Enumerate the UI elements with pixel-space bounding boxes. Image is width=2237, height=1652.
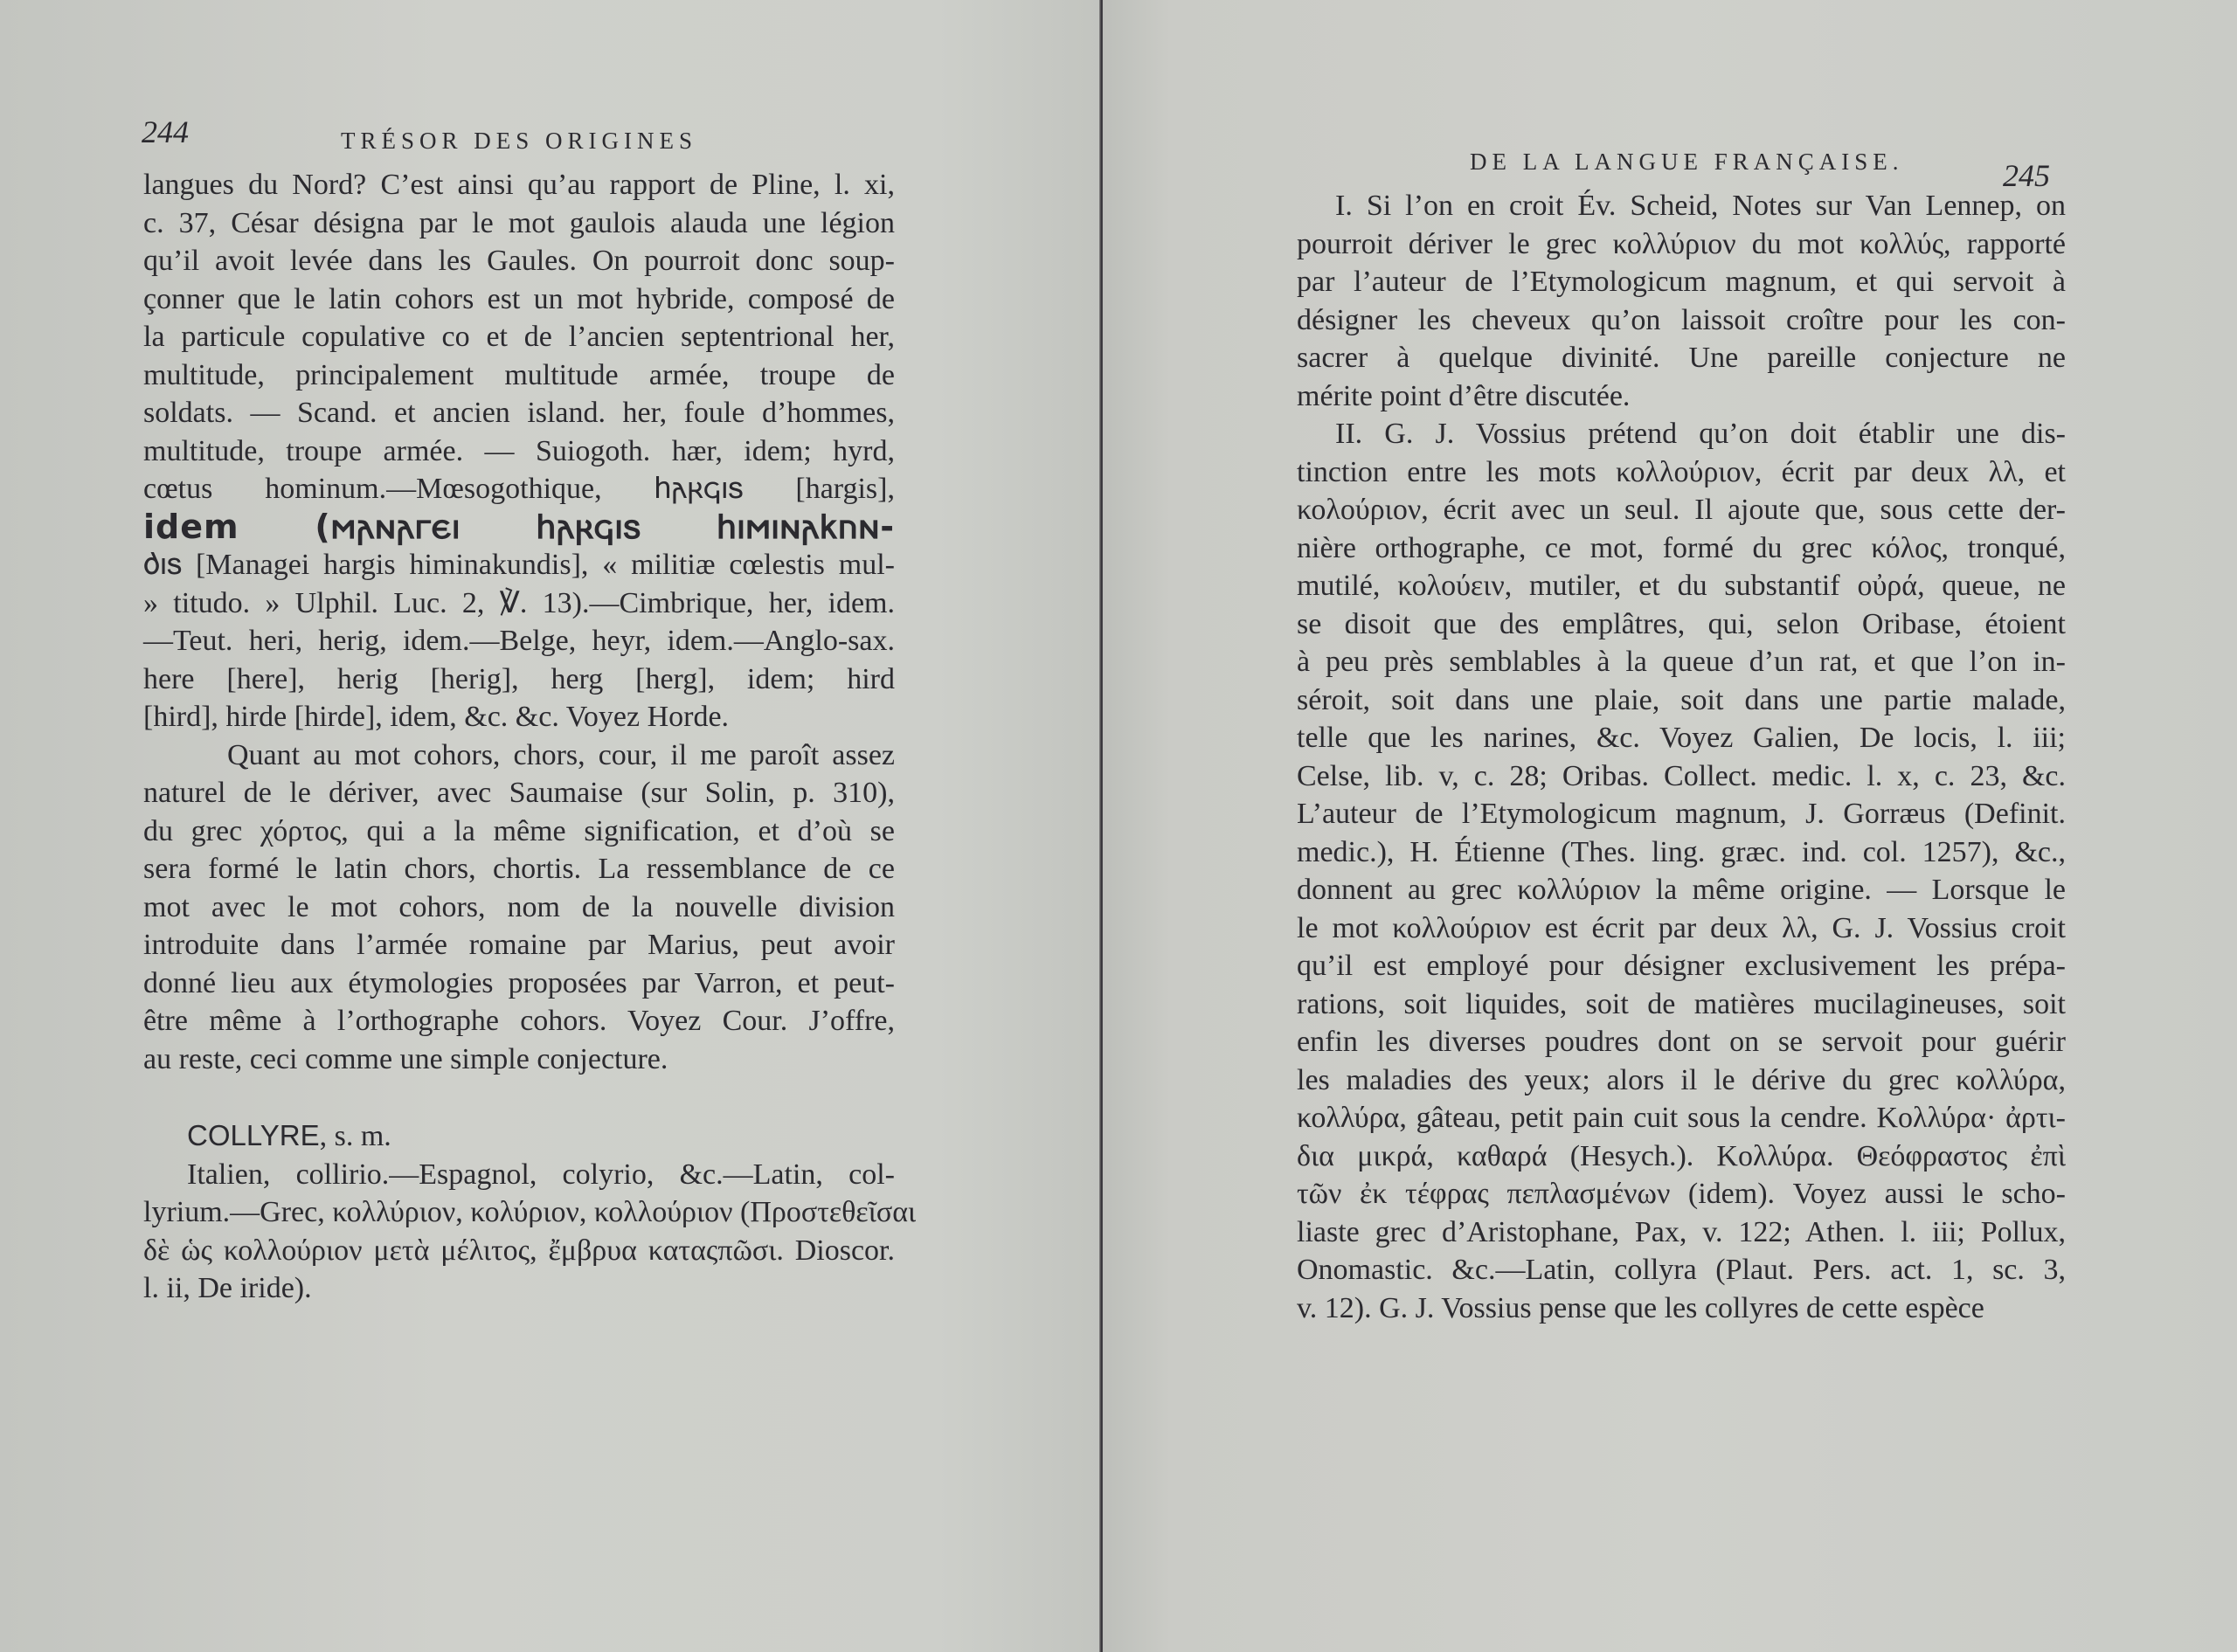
left-page: 244 TRÉSOR DES ORIGINES langues du Nord?… [0,0,1103,1652]
text-line: c. 37, César désigna par le mot gaulois … [143,204,895,243]
body-text-right: I. Si l’on en croit Év. Scheid, Notes su… [1297,187,2066,1327]
text-line: —Teut. heri, herig, idem.—Belge, heyr, i… [143,622,895,660]
text-line: mot avec le mot cohors, nom de la nouvel… [143,888,895,927]
entry-heading: COLLYRE, s. m. [143,1116,895,1156]
paragraph-start: I. Si l’on en croit Év. Scheid, Notes su… [1297,187,2066,225]
text-line: nière orthographe, ce mot, formé du grec… [1297,529,2066,568]
text-line: liaste grec d’Aristophane, Pax, v. 122; … [1297,1213,2066,1252]
text-line: le mot κολλούριον est écrit par deux λλ,… [1297,909,2066,948]
entry-spacer [143,1078,895,1116]
text-line: medic.), H. Étienne (Thes. ling. græc. i… [1297,833,2066,872]
text-line: v. 12). G. J. Vossius pense que les coll… [1297,1289,2066,1328]
body-text-left: langues du Nord? C’est ainsi qu’au rappo… [143,166,895,1308]
text-line: être même à l’orthographe cohors. Voyez … [143,1002,895,1040]
text-line: donnent au grec κολλύριον la même origin… [1297,871,2066,909]
text-line: introduite dans l’armée romaine par Mari… [143,926,895,964]
anglo-saxon-text-line: here [here], herig [herig], herg [herg],… [143,660,895,699]
text-line: multitude, principalement multitude armé… [143,356,895,395]
text-line: langues du Nord? C’est ainsi qu’au rappo… [143,166,895,204]
right-page: DE LA LANGUE FRANÇAISE. 245 I. Si l’on e… [1103,0,2237,1652]
text-line: κολούριον, écrit avec un seul. Il ajoute… [1297,491,2066,529]
text-line: Onomastic. &c.—Latin, collyra (Plaut. Pe… [1297,1251,2066,1289]
text-line: se disoit que des emplâtres, qui, selon … [1297,605,2066,644]
entry-grammar: , s. m. [320,1120,391,1152]
gothic-text-line: 𐌳𐌹𐍃 [Managei hargis himinakundis], « mil… [143,546,895,584]
text-line: la particule copulative co et de l’ancie… [143,318,895,356]
text-line: qu’il est employé pour désigner exclusiv… [1297,947,2066,985]
paragraph-start: Italien, collirio.—Espagnol, colyrio, &c… [143,1156,895,1194]
text-line: par l’auteur de l’Etymologicum magnum, e… [1297,263,2066,301]
text-line: L’auteur de l’Etymologicum magnum, J. Go… [1297,795,2066,833]
text-line: Celse, lib. v, c. 28; Oribas. Collect. m… [1297,757,2066,796]
text-line: mérite point d’être discutée. [1297,377,2066,416]
text-line: tinction entre les mots κολλούριον, écri… [1297,453,2066,492]
text-line: désigner les cheveux qu’on laissoit croî… [1297,301,2066,340]
text-line: sera formé le latin chors, chortis. La r… [143,850,895,888]
text-line: qu’il avoit levée dans les Gaules. On po… [143,242,895,280]
text-line: donné lieu aux étymologies proposées par… [143,964,895,1003]
entry-headword: COLLYRE [187,1119,320,1151]
paragraph-start: Quant au mot cohors, chors, cour, il me … [143,736,895,775]
gothic-text-line: cœtus hominum.—Mœsogothique, 𐌷𐌰𐍂𐌾𐌹𐍃 [har… [143,470,895,508]
greek-text-line: δὲ ὡς κολλούριον μετὰ μέλιτος, ἔμβρυα κα… [143,1232,895,1270]
running-head: DE LA LANGUE FRANÇAISE. [1470,149,1904,176]
text-line: telle que les narines, &c. Voyez Galien,… [1297,719,2066,757]
text-line: à peu près semblables à la queue d’un ra… [1297,643,2066,681]
text-line: l. ii, De iride). [143,1269,895,1308]
text-line: multitude, troupe armée. — Suiogoth. hær… [143,432,895,471]
text-line: rations, soit liquides, soit de matières… [1297,985,2066,1024]
text-line: séroit, soit dans une plaie, soit dans u… [1297,681,2066,720]
greek-text-line: κολλύρα, gâteau, petit pain cuit sous la… [1297,1099,2066,1137]
greek-text-line: τῶν ἐκ τέφρας πεπλασμένων (idem). Voyez … [1297,1175,2066,1213]
text-line: au reste, ceci comme une simple conjectu… [143,1040,895,1079]
page-number: 244 [142,114,189,150]
text-line: çonner que le latin cohors est un mot hy… [143,280,895,319]
text-line: du grec χόρτος, qui a la même significat… [143,812,895,851]
gothic-text-line: idem (𐌼𐌰𐌽𐌰𐌲𐌴𐌹 𐌷𐌰𐍂𐌾𐌹𐍃 𐌷𐌹𐌼𐌹𐌽𐌰𐌺𐌿𐌽- [143,508,895,547]
greek-text-line: lyrium.—Grec, κολλύριον, κολύριον, κολλο… [143,1193,895,1232]
paragraph-start: II. G. J. Vossius prétend qu’on doit éta… [1297,415,2066,453]
greek-text-line: δια μικρά, καθαρά (Hesych.). Κολλύρα. Θε… [1297,1137,2066,1176]
text-line: sacrer à quelque divinité. Une pareille … [1297,339,2066,377]
text-line: enfin les diverses poudres dont on se se… [1297,1023,2066,1061]
text-line: [hird], hirde [hirde], idem, &c. &c. Voy… [143,698,895,736]
text-line: naturel de le dériver, avec Saumaise (su… [143,774,895,812]
text-line: » titudo. » Ulphil. Luc. 2, ℣. 13).—Cimb… [143,584,895,623]
text-line: les maladies des yeux; alors il le dériv… [1297,1061,2066,1100]
running-head: TRÉSOR DES ORIGINES [341,128,697,155]
text-line: mutilé, κολούειν, mutiler, et du substan… [1297,567,2066,605]
text-line: soldats. — Scand. et ancien island. her,… [143,394,895,432]
text-line: pourroit dériver le grec κολλύριον du mo… [1297,225,2066,264]
